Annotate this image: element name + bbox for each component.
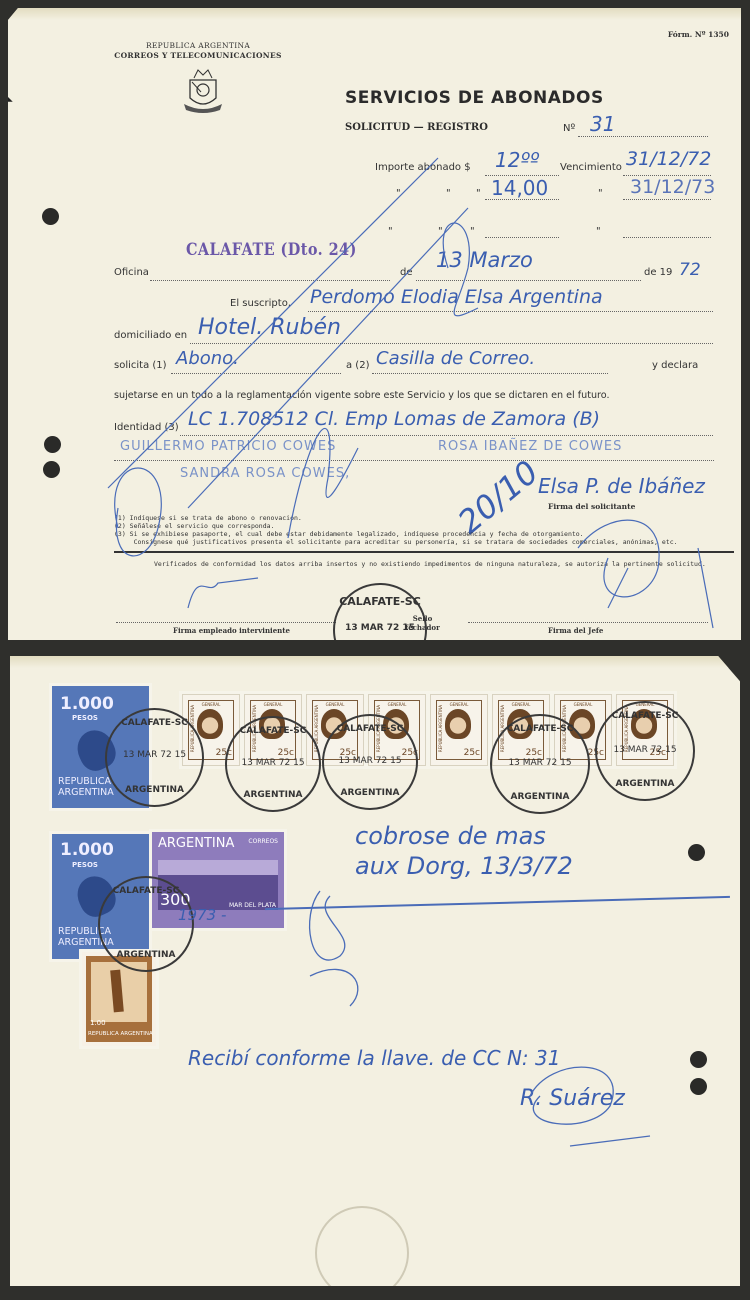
faint-postmark [315, 1206, 409, 1300]
punch-hole [43, 461, 60, 478]
pen-strokes [10, 656, 740, 1286]
punch-hole [44, 436, 61, 453]
form-back: 1.000 PESOS REPUBLICA ARGENTINA GENERALR… [10, 656, 740, 1286]
pen-strokes [8, 8, 741, 640]
form-front: REPUBLICA ARGENTINA CORREOS Y TELECOMUNI… [8, 8, 741, 640]
punch-hole [42, 208, 59, 225]
punch-hole [688, 844, 705, 861]
punch-hole [690, 1078, 707, 1095]
punch-hole [690, 1051, 707, 1068]
